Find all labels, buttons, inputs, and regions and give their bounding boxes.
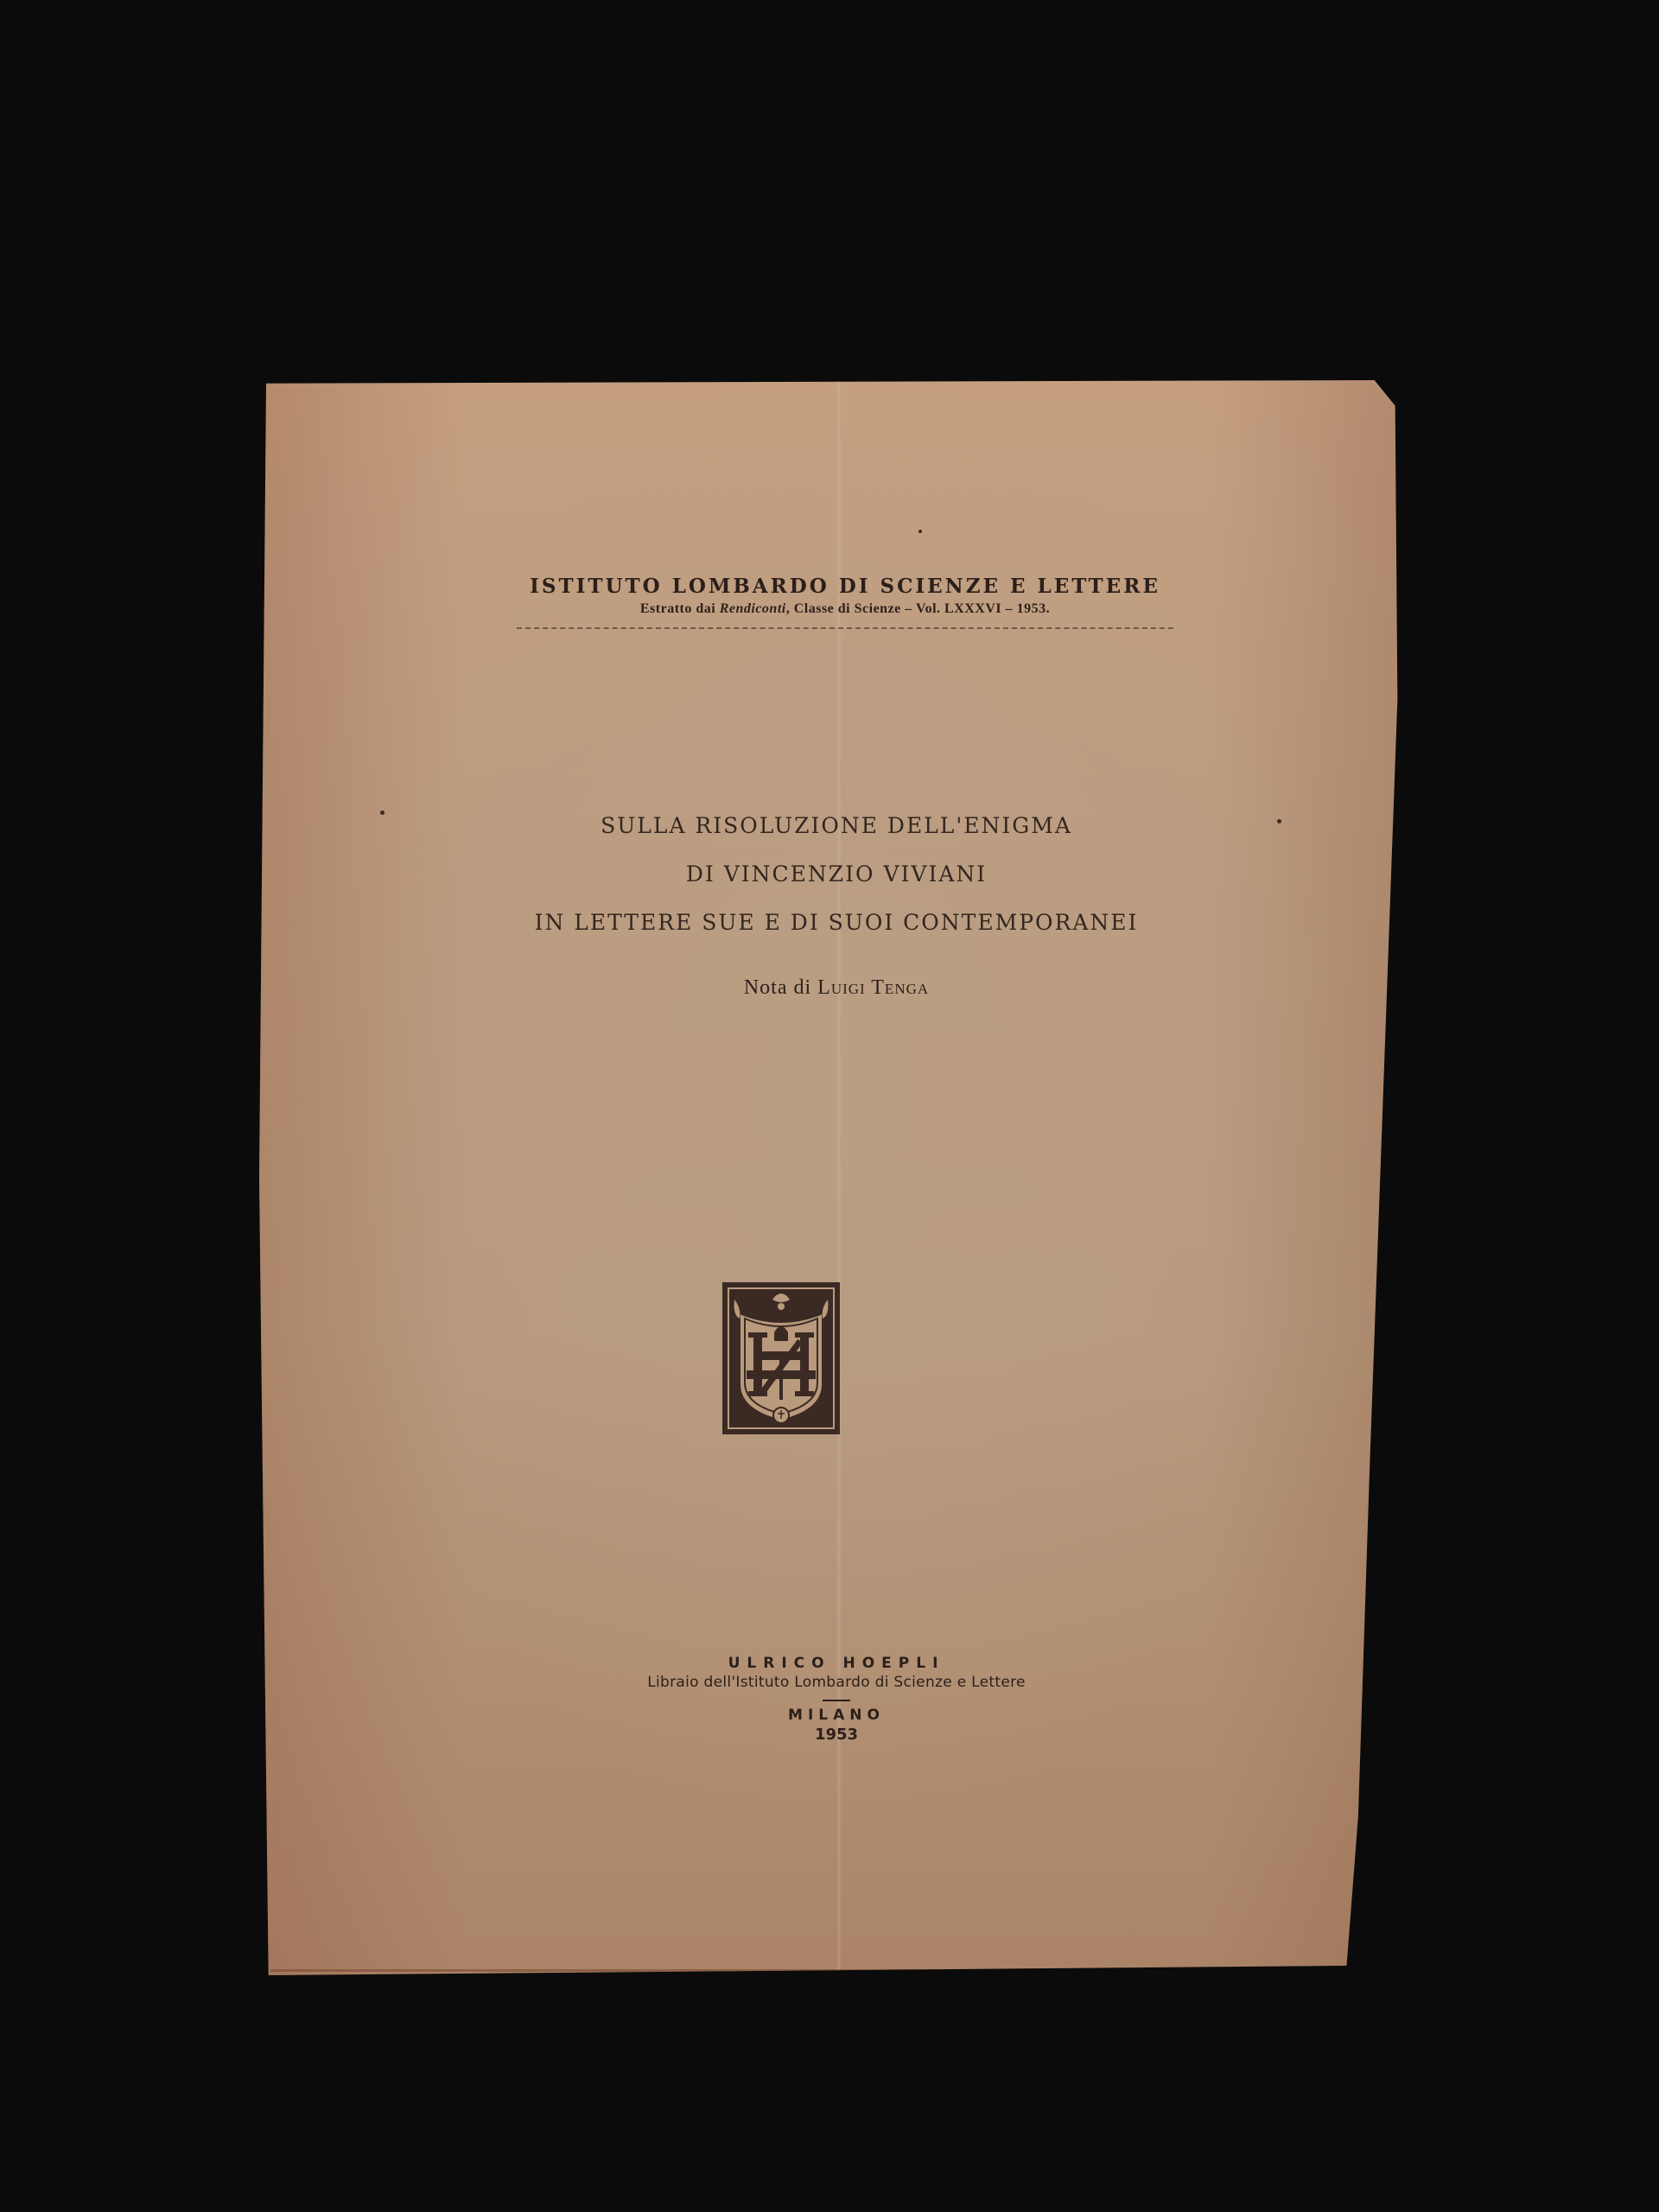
booklet-cover: ISTITUTO LOMBARDO DI SCIENZE E LETTERE E…	[259, 380, 1414, 1975]
extract-suffix: , Classe di Scienze – Vol. LXXXVI – 1953…	[786, 601, 1050, 616]
extract-prefix: Estratto dai	[640, 601, 720, 616]
document-title: SULLA RISOLUZIONE DELL'ENIGMA DI VINCENZ…	[259, 802, 1414, 947]
publication-header: ISTITUTO LOMBARDO DI SCIENZE E LETTERE E…	[268, 575, 1422, 629]
extract-line: Estratto dai Rendiconti, Classe di Scien…	[268, 601, 1422, 617]
publication-year: 1953	[259, 1726, 1414, 1744]
publisher-subtitle: Libraio dell'Istituto Lombardo di Scienz…	[259, 1674, 1414, 1691]
author-name: Luigi Tenga	[817, 976, 929, 999]
title-line-2: DI VINCENZIO VIVIANI	[259, 850, 1414, 899]
institution-name: ISTITUTO LOMBARDO DI SCIENZE E LETTERE	[268, 575, 1422, 598]
header-divider	[517, 627, 1173, 629]
title-line-1: SULLA RISOLUZIONE DELL'ENIGMA	[259, 802, 1414, 850]
speck	[918, 530, 922, 533]
publisher-city: MILANO	[259, 1707, 1414, 1724]
extract-journal-title: Rendiconti	[720, 601, 786, 616]
author-prefix: Nota di	[744, 976, 817, 999]
author-line: Nota di Luigi Tenga	[259, 976, 1414, 1000]
publisher-crest-icon	[721, 1281, 842, 1436]
scan-background: ISTITUTO LOMBARDO DI SCIENZE E LETTERE E…	[0, 0, 1659, 2212]
title-line-3: IN LETTERE SUE E DI SUOI CONTEMPORANEI	[259, 899, 1414, 947]
bottom-page-edge	[270, 1969, 1356, 1972]
publisher-imprint: ULRICO HOEPLI Libraio dell'Istituto Lomb…	[259, 1655, 1414, 1744]
imprint-divider	[823, 1700, 850, 1701]
publisher-name: ULRICO HOEPLI	[259, 1655, 1414, 1672]
